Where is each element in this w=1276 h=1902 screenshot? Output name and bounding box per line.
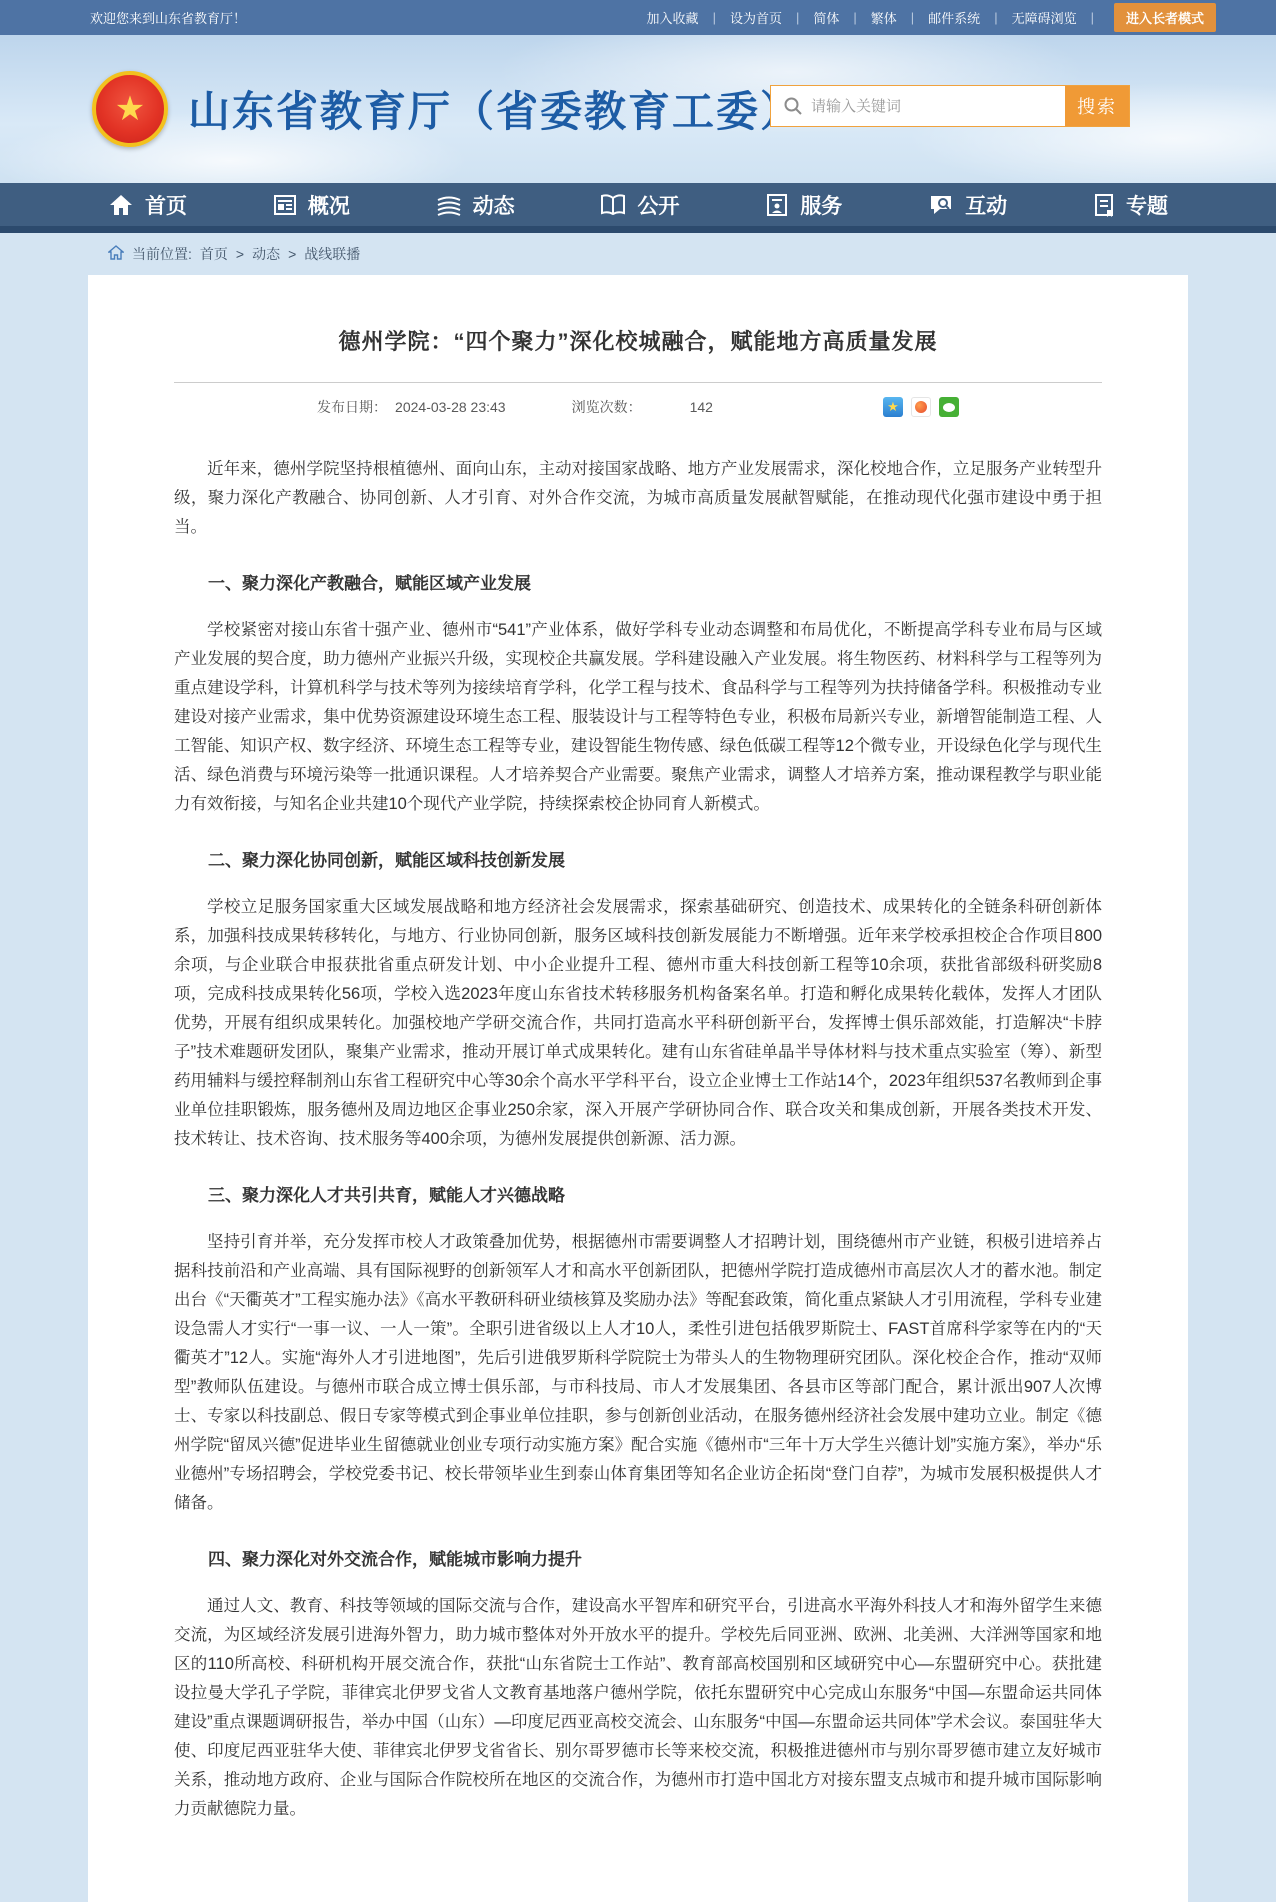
separator: |	[994, 10, 997, 25]
topic-icon	[1093, 193, 1115, 217]
breadcrumb: 当前位置: 首页 > 动态 > 战线联播	[0, 233, 1276, 275]
topbar-link-favorite[interactable]: 加入收藏	[647, 8, 699, 27]
section-heading: 一、聚力深化产教融合，赋能区域产业发展	[174, 569, 1102, 598]
breadcrumb-home-icon	[108, 245, 124, 263]
service-icon	[765, 193, 789, 217]
search-input[interactable]	[771, 86, 1065, 126]
breadcrumb-item-frontline[interactable]: 战线联播	[304, 244, 360, 264]
breadcrumb-prefix: 当前位置:	[132, 244, 192, 264]
topbar-link-accessibility[interactable]: 无障碍浏览	[1012, 8, 1077, 27]
main-nav: 首页 概况 动态 公开 服务 互动 专题	[0, 183, 1276, 233]
nav-item-service[interactable]: 服务	[765, 190, 842, 220]
separator: |	[911, 10, 914, 25]
article-paragraph: 坚持引育并举，充分发挥市校人才政策叠加优势，根据德州市需要调整人才招聘计划，围绕…	[174, 1228, 1102, 1518]
topbar-link-mail[interactable]: 邮件系统	[928, 8, 980, 27]
publish-date-value: 2024-03-28 23:43	[395, 399, 506, 415]
wechat-share-icon[interactable]	[939, 397, 959, 417]
separator: |	[713, 10, 716, 25]
home-icon	[108, 193, 134, 217]
elder-mode-button[interactable]: 进入长者模式	[1114, 3, 1216, 32]
breadcrumb-separator: >	[288, 246, 296, 262]
topbar-link-simplified[interactable]: 简体	[813, 8, 839, 27]
brand: ★ 山东省教育厅（省委教育工委）	[92, 71, 804, 147]
article-body: 近年来，德州学院坚持根植德州、面向山东，主动对接国家战略、地方产业发展需求，深化…	[174, 455, 1102, 1824]
search-icon	[783, 96, 803, 121]
separator: |	[1091, 10, 1094, 25]
national-emblem-logo: ★	[92, 71, 168, 147]
nav-item-topics[interactable]: 专题	[1093, 190, 1168, 220]
nav-item-home[interactable]: 首页	[108, 190, 187, 220]
nav-item-overview[interactable]: 概况	[273, 190, 350, 220]
views-label: 浏览次数：	[572, 397, 642, 417]
news-icon	[436, 193, 462, 217]
article-meta: 发布日期： 2024-03-28 23:43 浏览次数： 142 ★	[174, 383, 1102, 425]
topbar: 欢迎您来到山东省教育厅！ 加入收藏 | 设为首页 | 简体 | 繁体 | 邮件系…	[0, 0, 1276, 35]
publish-date-label: 发布日期：	[317, 397, 387, 417]
welcome-text: 欢迎您来到山东省教育厅！	[90, 8, 246, 27]
interact-icon	[928, 193, 954, 217]
nav-item-news[interactable]: 动态	[436, 190, 515, 220]
nav-item-public[interactable]: 公开	[600, 190, 679, 220]
weibo-share-icon[interactable]	[911, 397, 931, 417]
article-paragraph: 近年来，德州学院坚持根植德州、面向山东，主动对接国家战略、地方产业发展需求，深化…	[174, 455, 1102, 542]
search-button[interactable]: 搜索	[1065, 86, 1129, 126]
article-paragraph: 学校紧密对接山东省十强产业、德州市“541”产业体系，做好学科专业动态调整和布局…	[174, 616, 1102, 819]
search-bar: 搜索	[770, 85, 1130, 127]
article-title: 德州学院：“四个聚力”深化校城融合，赋能地方高质量发展	[174, 325, 1102, 356]
breadcrumb-item-home[interactable]: 首页	[200, 244, 228, 264]
section-heading: 四、聚力深化对外交流合作，赋能城市影响力提升	[174, 1545, 1102, 1574]
site-header: ★ 山东省教育厅（省委教育工委） 搜索	[0, 35, 1276, 183]
views-count: 142	[690, 399, 713, 415]
section-heading: 二、聚力深化协同创新，赋能区域科技创新发展	[174, 846, 1102, 875]
breadcrumb-separator: >	[236, 246, 244, 262]
topbar-link-homepage[interactable]: 设为首页	[730, 8, 782, 27]
breadcrumb-item-news[interactable]: 动态	[252, 244, 280, 264]
separator: |	[796, 10, 799, 25]
topbar-links: 加入收藏 | 设为首页 | 简体 | 繁体 | 邮件系统 | 无障碍浏览 | 进…	[647, 3, 1216, 32]
article-paragraph: 学校立足服务国家重大区域发展战略和地方经济社会发展需求，探索基础研究、创造技术、…	[174, 893, 1102, 1154]
section-heading: 三、聚力深化人才共引共育，赋能人才兴德战略	[174, 1181, 1102, 1210]
article-card: 德州学院：“四个聚力”深化校城融合，赋能地方高质量发展 发布日期： 2024-0…	[88, 275, 1188, 1902]
nav-item-interact[interactable]: 互动	[928, 190, 1007, 220]
topbar-link-traditional[interactable]: 繁体	[871, 8, 897, 27]
separator: |	[853, 10, 856, 25]
article-paragraph: 通过人文、教育、科技等领域的国际交流与合作，建设高水平智库和研究平台，引进高水平…	[174, 1592, 1102, 1824]
overview-icon	[273, 193, 297, 217]
open-book-icon	[600, 193, 626, 217]
share-buttons: ★	[883, 397, 959, 417]
site-title: 山东省教育厅（省委教育工委）	[188, 79, 804, 139]
qzone-share-icon[interactable]: ★	[883, 397, 903, 417]
